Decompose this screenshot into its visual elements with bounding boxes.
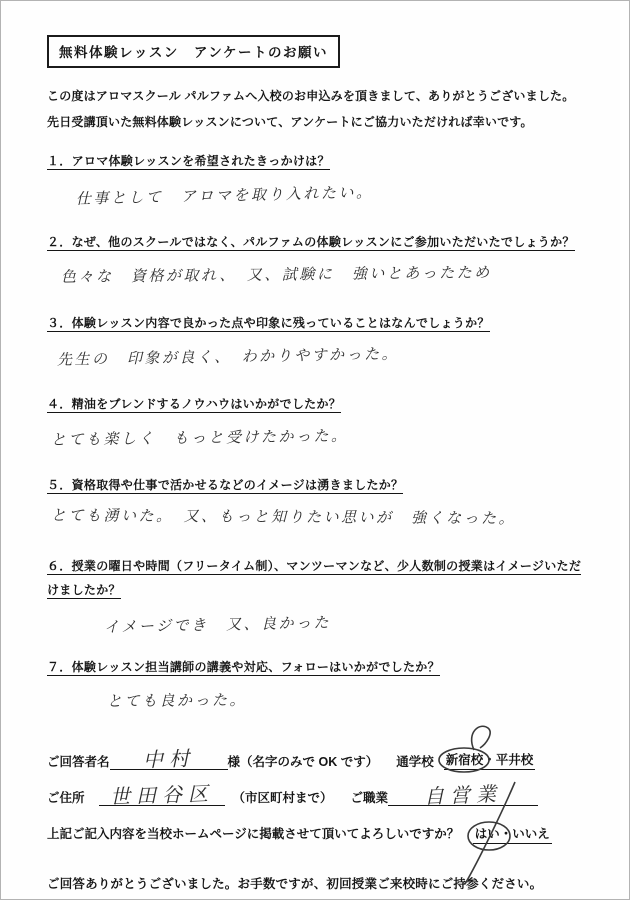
question-block-5: ５．資格取得や仕事で活かせるなどのイメージは湧きましたか？ とても湧いた。 又、… (47, 473, 589, 540)
publish-consent-row: 上記ご記入内容を当校ホームページに掲載させて頂いてよろしいですか？ はい・いいえ (47, 824, 589, 844)
question-7-handwritten-answer: とても良かった。 (107, 686, 589, 718)
respondent-name-label: ご回答者名 (47, 752, 110, 770)
publish-question: 上記ご記入内容を当校ホームページに掲載させて頂いてよろしいですか？ (47, 827, 459, 841)
question-block-7: ７．体験レッスン担当講師の講義や対応、フォローはいかがでしたか？ とても良かった… (47, 655, 589, 716)
respondent-name-suffix: 様（名字のみで OK です） (228, 752, 379, 770)
question-2-label: ２．なぜ、他のスクールではなく、パルファムの体験レッスンにご参加いただいたでしょ… (47, 230, 589, 254)
occupation-handwritten: 自営業 (424, 778, 503, 810)
question-2-handwritten-answer: 色々な 資格が取れ、 又、試験に 強いとあったため (61, 260, 589, 300)
respondent-fields: ご回答者名 中村 様（名字のみで OK です） 通学校 新宿校・平井校 ご住所 … (47, 740, 589, 806)
address-handwritten: 世田谷区 (109, 777, 214, 810)
occupation-field: 自営業 (388, 775, 538, 806)
question-block-4: ４．精油をブレンドするノウハウはいかがでしたか？ とても楽しく もっと受けたかっ… (47, 392, 589, 459)
question-block-2: ２．なぜ、他のスクールではなく、パルファムの体験レッスンにご参加いただいたでしょ… (47, 230, 589, 297)
school-label: 通学校 (396, 752, 434, 770)
question-block-3: ３．体験レッスン内容で良かった点や印象に残っていることはなんでしょうか？ 先生の… (47, 311, 589, 378)
address-field: 世田谷区 (99, 775, 225, 806)
publish-options: はい・いいえ (473, 824, 552, 844)
question-4-label: ４．精油をブレンドするノウハウはいかがでしたか？ (47, 392, 589, 416)
question-5-label: ５．資格取得や仕事で活かせるなどのイメージは湧きましたか？ (47, 473, 589, 497)
question-6-label: ６．授業の曜日や時間（フリータイム制）、マンツーマンなど、少人数制の授業はイメー… (47, 554, 589, 602)
address-occupation-row: ご住所 世田谷区 （市区町村まで） ご職業 自営業 (47, 776, 589, 806)
intro-line-2: 先日受講頂いた無料体験レッスンについて、アンケートにご協力いただければ幸いです。 (47, 109, 589, 135)
name-school-row: ご回答者名 中村 様（名字のみで OK です） 通学校 新宿校・平井校 (47, 740, 589, 770)
respondent-name-handwritten: 中村 (142, 742, 195, 773)
address-suffix: （市区町村まで） (233, 788, 333, 806)
question-5-handwritten-answer: とても湧いた。 又、もっと知りたい思いが 強くなった。 (51, 504, 589, 542)
closing-note: ご回答ありがとうございました。お手数ですが、初回授業ご来校時にご持参ください。 (47, 874, 589, 892)
selection-circle-school (436, 720, 502, 776)
question-1-handwritten-answer: 仕事として アロマを取り入れたい。 (76, 176, 590, 222)
occupation-label: ご職業 (351, 788, 389, 806)
question-1-label: １．アロマ体験レッスンを希望されたきっかけは？ (47, 149, 589, 173)
address-label: ご住所 (47, 788, 85, 806)
respondent-name-field: 中村 (110, 739, 228, 770)
question-3-handwritten-answer: 先生の 印象が良く、 わかりやすかった。 (57, 339, 590, 382)
question-block-6: ６．授業の曜日や時間（フリータイム制）、マンツーマンなど、少人数制の授業はイメー… (47, 554, 589, 641)
question-3-label: ３．体験レッスン内容で良かった点や印象に残っていることはなんでしょうか？ (47, 311, 589, 335)
question-block-1: １．アロマ体験レッスンを希望されたきっかけは？ 仕事として アロマを取り入れたい… (47, 149, 589, 216)
school-options: 新宿校・平井校 (444, 750, 536, 770)
question-6-handwritten-answer: イメージでき 又、良かった (104, 606, 590, 646)
page-title: 無料体験レッスン アンケートのお願い (47, 35, 340, 68)
question-4-handwritten-answer: とても楽しく もっと受けたかった。 (51, 421, 589, 463)
questionnaire-page: 無料体験レッスン アンケートのお願い この度はアロマスクール パルファムへ入校の… (0, 0, 630, 900)
question-7-label: ７．体験レッスン担当講師の講義や対応、フォローはいかがでしたか？ (47, 655, 589, 679)
intro-line-1: この度はアロマスクール パルファムへ入校のお申込みを頂きまして、ありがとうござい… (47, 83, 589, 109)
